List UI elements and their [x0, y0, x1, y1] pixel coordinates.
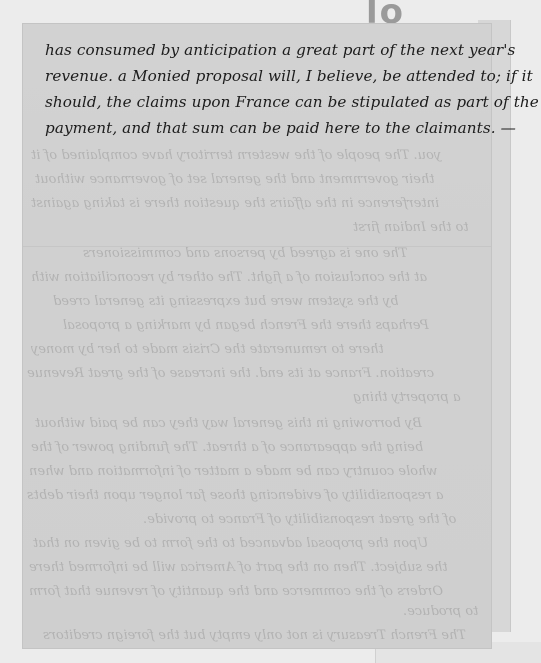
bleed-through-line: The one is agreed by persons and commiss…: [83, 246, 407, 261]
bleed-through-line: By borrowing in this general way they ca…: [35, 416, 422, 431]
bleed-through-line: Upon the proposal advanced to the form t…: [33, 536, 428, 551]
bleed-through-line: whole country can be made a matter of in…: [29, 464, 438, 479]
handwritten-line: has consumed by anticipation a great par…: [45, 41, 515, 59]
bleed-through-line: The French Treasury is not only empty bu…: [43, 628, 466, 643]
bleed-through-line: creation. France at its end. the increas…: [27, 366, 434, 381]
bleed-through-line: a property thing: [353, 390, 461, 405]
bleed-through-line: to the Indian first: [353, 220, 469, 235]
bleed-through-line: Perhaps there the French began by markin…: [63, 318, 429, 333]
bleed-through-line: the subject. Then on the part of America…: [29, 560, 448, 575]
bleed-through-line: interference in the affairs the question…: [31, 196, 439, 211]
bleed-through-line: a responsibility of evidencing those far…: [27, 488, 444, 503]
bleed-through-line: you. The people of the western territory…: [31, 148, 441, 163]
bleed-through-line: of the great responsibility of France to…: [143, 512, 456, 527]
bleed-through-line: by the system were but expressing its ge…: [53, 294, 399, 309]
manuscript-page: has consumed by anticipation a great par…: [23, 24, 491, 648]
handwritten-line: payment, and that sum can be paid here t…: [45, 119, 516, 137]
handwritten-line: revenue. a Monied proposal will, I belie…: [45, 67, 533, 85]
bleed-through-line: to produce.: [403, 604, 478, 619]
folio-mark: lo: [366, 0, 422, 24]
bleed-through-line: there to remunerate the Crisis made to h…: [31, 342, 384, 357]
bleed-through-line: Orders of the commerce and the quantity …: [29, 584, 443, 599]
handwritten-line: should, the claims upon France can be st…: [45, 93, 539, 111]
bleed-through-line: being the appearance of a threat. The fu…: [31, 440, 423, 455]
bleed-through-line: at the conclusion of a fight. The other …: [31, 270, 427, 285]
bleed-through-line: their government and the general set of …: [35, 172, 434, 187]
